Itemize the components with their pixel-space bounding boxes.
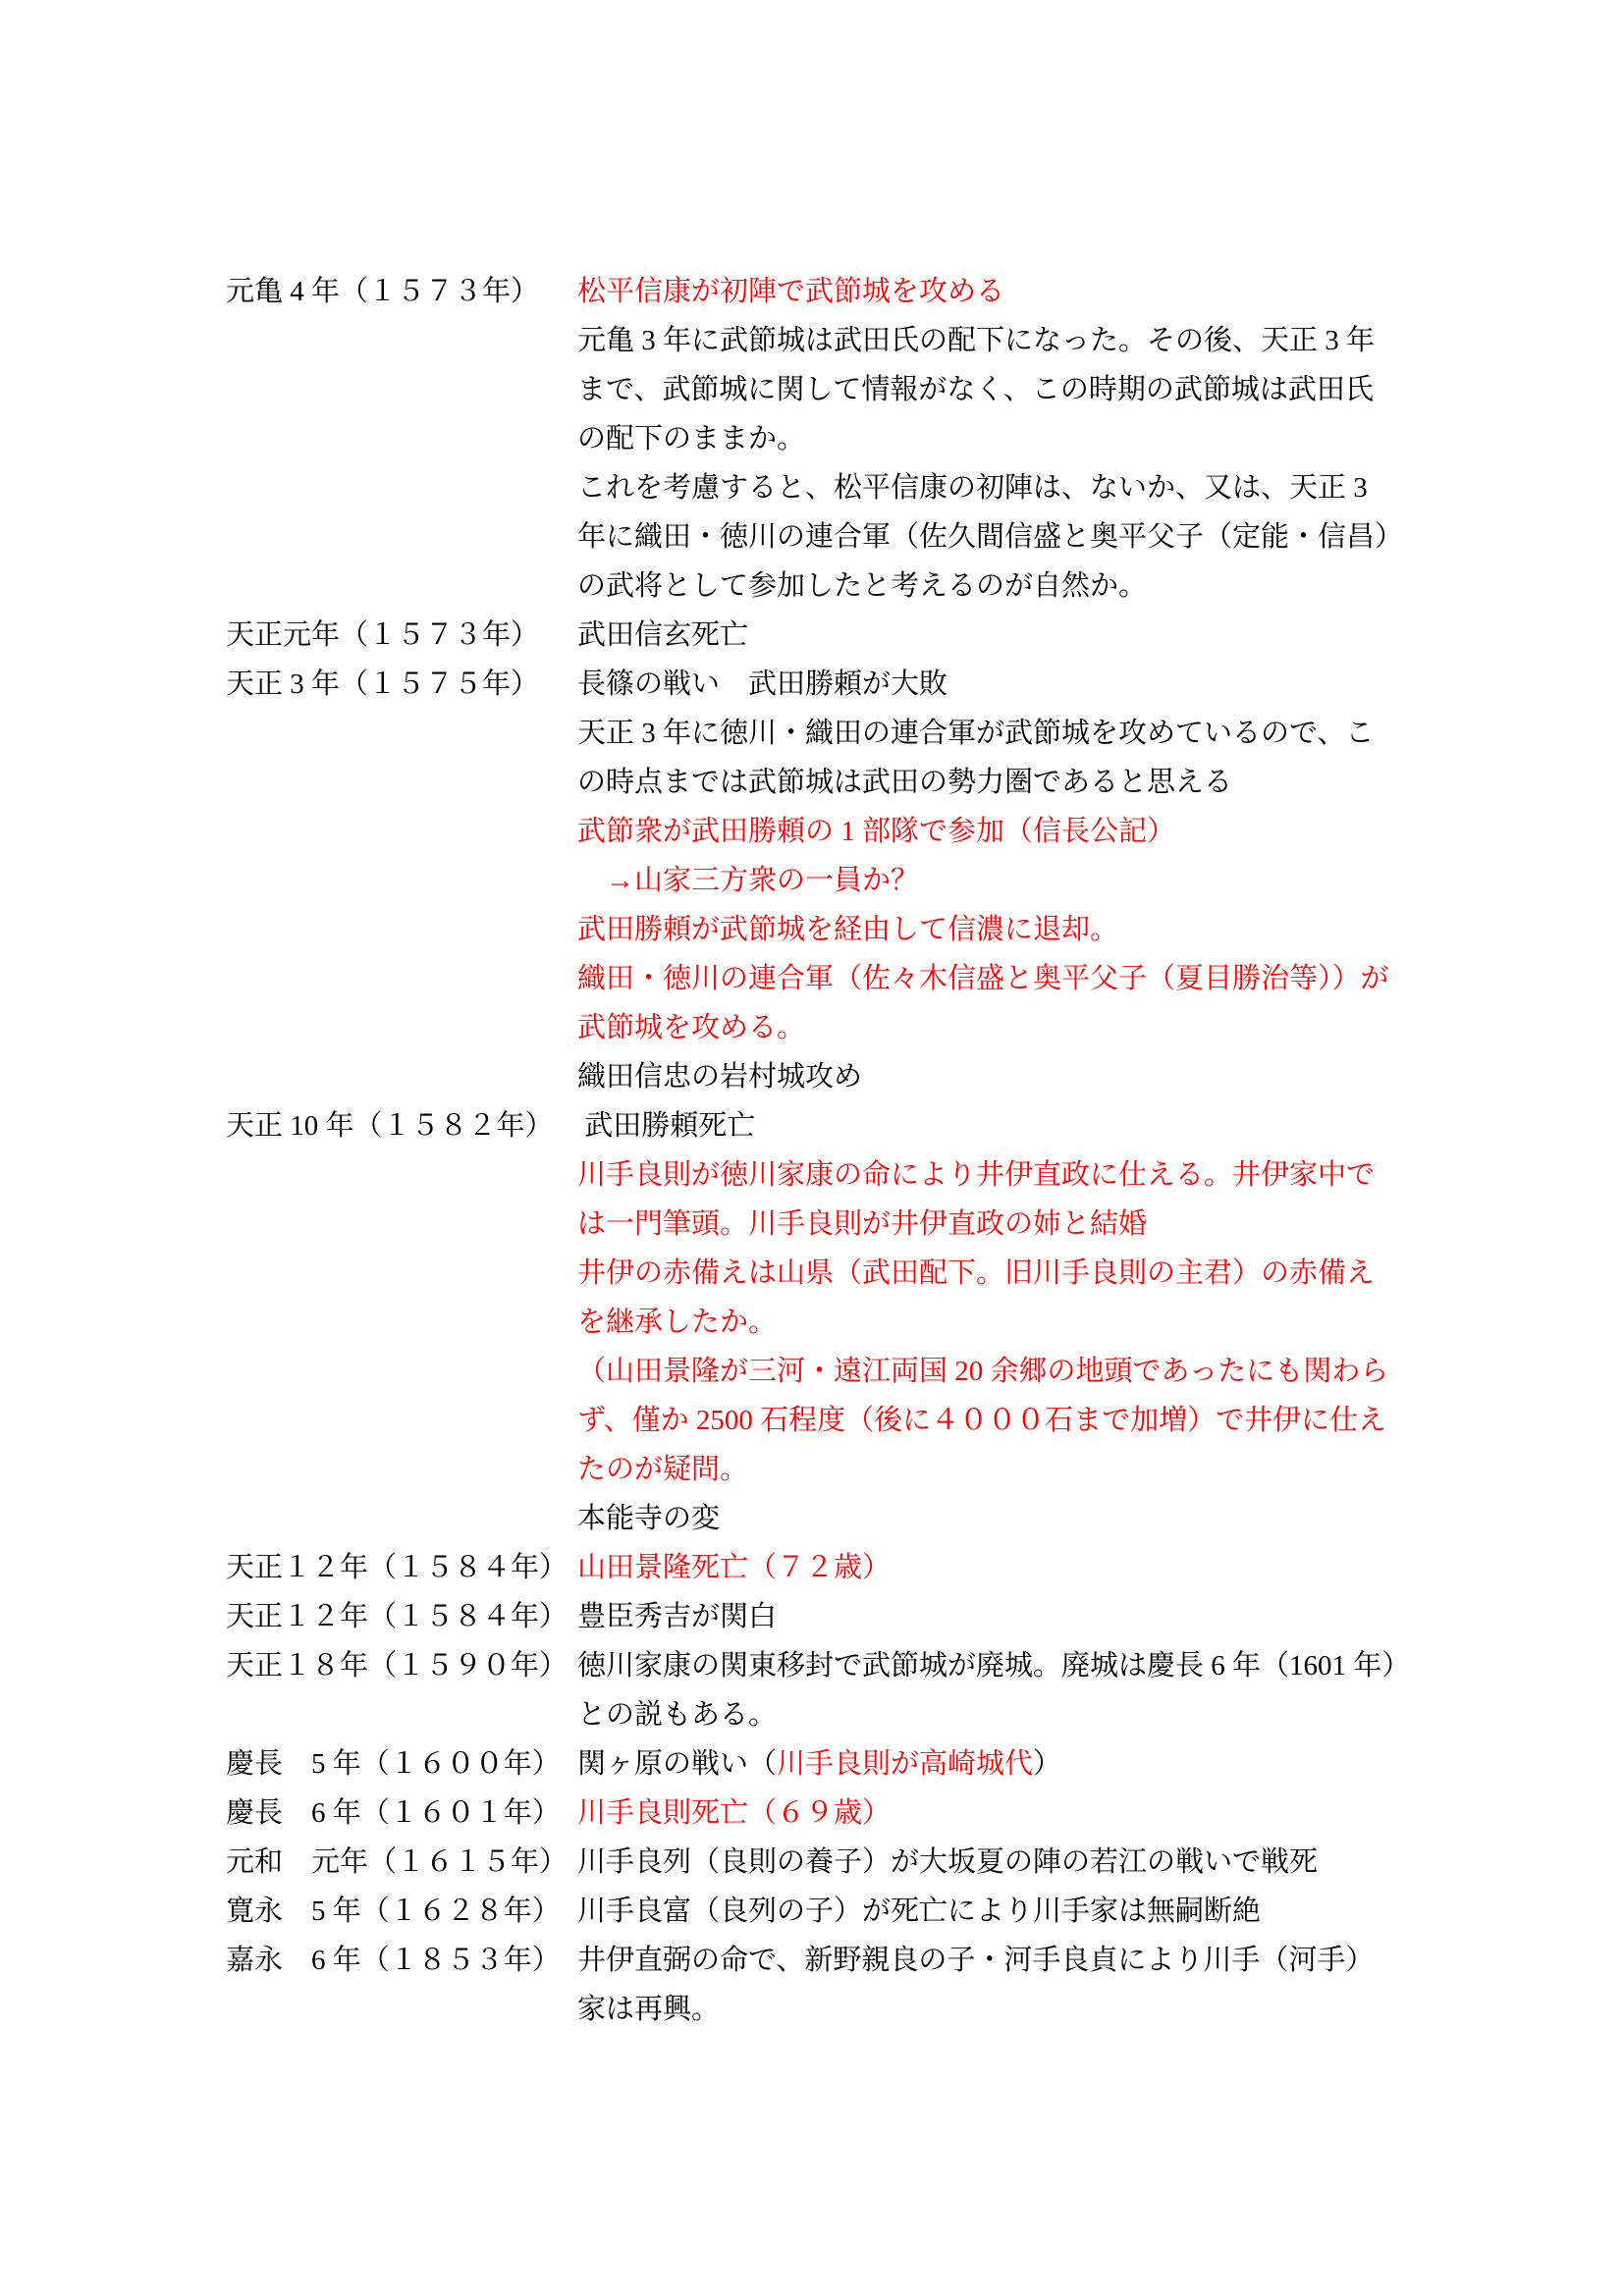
event-segment: ） xyxy=(1033,1748,1061,1780)
event-content: 川手良則死亡（６９歳） xyxy=(577,1789,1492,1838)
event-content: 織田・徳川の連合軍（佐々木信盛と奥平父子（夏目勝治等））が xyxy=(577,954,1492,1003)
event-segment: 本能寺の変 xyxy=(577,1503,720,1534)
event-segment: の配下のままか。 xyxy=(577,423,805,454)
event-segment: 家は再興。 xyxy=(577,1994,720,2025)
timeline-row: これを考慮すると、松平信康の初陣は、ないか、又は、天正 3 xyxy=(226,463,1492,512)
timeline-row: →山家三方衆の一員か？ xyxy=(226,856,1492,905)
event-segment: 武田勝頼死亡 xyxy=(577,1110,755,1142)
event-segment: 川手良則が徳川家康の命により井伊直政に仕える。井伊家中で xyxy=(577,1159,1375,1191)
timeline-row: は一門筆頭。川手良則が井伊直政の姉と結婚 xyxy=(226,1200,1492,1249)
era-label: 天正元年（１５７３年） xyxy=(226,611,577,660)
event-segment: 長篠の戦い 武田勝頼が大敗 xyxy=(577,668,947,700)
event-segment: 豊臣秀吉が関白 xyxy=(577,1601,777,1632)
timeline-row: まで、武節城に関して情報がなく、この時期の武節城は武田氏 xyxy=(226,365,1492,414)
event-segment: 織田信忠の岩村城攻め xyxy=(577,1061,862,1093)
event-content: 武節衆が武田勝頼の 1 部隊で参加（信長公記） xyxy=(577,807,1492,856)
event-content: の時点までは武節城は武田の勢力圏であると思える xyxy=(577,758,1492,807)
document-page: 元亀 4 年（１５７３年）松平信康が初陣で武節城を攻める元亀 3 年に武節城は武… xyxy=(0,0,1624,2296)
event-content: 徳川家康の関東移封で武節城が廃城。廃城は慶長 6 年（1601 年） xyxy=(577,1641,1492,1690)
era-label: 慶長 6 年（１６０１年） xyxy=(226,1789,577,1838)
event-segment: たのが疑問。 xyxy=(577,1454,748,1485)
timeline-row: 元和 元年（１６１５年）川手良列（良則の養子）が大坂夏の陣の若江の戦いで戦死 xyxy=(226,1838,1492,1887)
timeline-row: 年に織田・徳川の連合軍（佐久間信盛と奥平父子（定能・信昌） xyxy=(226,512,1492,561)
event-segment: これを考慮すると、松平信康の初陣は、ないか、又は、天正 3 xyxy=(577,472,1368,504)
timeline-row: 天正１２年（１５８４年）豊臣秀吉が関白 xyxy=(226,1592,1492,1641)
era-label: 天正 3 年（１５７５年） xyxy=(226,660,577,709)
era-label: 嘉永 6 年（１８５３年） xyxy=(226,1936,577,1985)
event-segment: ず、僅か 2500 石程度（後に４０００石まで加増）で井伊に仕え xyxy=(577,1405,1386,1436)
era-label: 天正１２年（１５８４年） xyxy=(226,1543,577,1592)
event-content: 武田勝頼が武節城を経由して信濃に退却。 xyxy=(577,905,1492,954)
era-label: 天正１２年（１５８４年） xyxy=(226,1592,577,1641)
event-content: 山田景隆死亡（７２歳） xyxy=(577,1543,1492,1592)
event-content: は一門筆頭。川手良則が井伊直政の姉と結婚 xyxy=(577,1200,1492,1249)
era-label: 天正１８年（１５９０年） xyxy=(226,1641,577,1690)
event-content: 天正 3 年に徳川・織田の連合軍が武節城を攻めているので、こ xyxy=(577,709,1492,758)
timeline-row: 織田信忠の岩村城攻め xyxy=(226,1052,1492,1101)
event-content: 元亀 3 年に武節城は武田氏の配下になった。その後、天正 3 年 xyxy=(577,316,1492,365)
event-content: 井伊の赤備えは山県（武田配下。旧川手良則の主君）の赤備え xyxy=(577,1249,1492,1298)
era-label: 天正 10 年（１５８２年） xyxy=(226,1101,577,1150)
era-label: 元和 元年（１６１５年） xyxy=(226,1838,577,1887)
timeline-row: 天正 3 年（１５７５年）長篠の戦い 武田勝頼が大敗 xyxy=(226,660,1492,709)
event-content: の配下のままか。 xyxy=(577,414,1492,463)
event-content: 川手良列（良則の養子）が大坂夏の陣の若江の戦いで戦死 xyxy=(577,1838,1492,1887)
event-content: 川手良則が徳川家康の命により井伊直政に仕える。井伊家中で xyxy=(577,1150,1492,1200)
timeline-row: 家は再興。 xyxy=(226,1985,1492,2034)
timeline-row: を継承したか。 xyxy=(226,1298,1492,1347)
event-segment: 川手良富（良列の子）が死亡により川手家は無嗣断絶 xyxy=(577,1896,1261,1927)
timeline-row: 天正元年（１５７３年）武田信玄死亡 xyxy=(226,611,1492,660)
event-content: 武田勝頼死亡 xyxy=(577,1101,1492,1150)
timeline-row: 嘉永 6 年（１８５３年）井伊直弼の命で、新野親良の子・河手良貞により川手（河手… xyxy=(226,1936,1492,1985)
event-segment: 井伊の赤備えは山県（武田配下。旧川手良則の主君）の赤備え xyxy=(577,1257,1375,1289)
event-content: 関ヶ原の戦い（川手良則が高崎城代） xyxy=(577,1739,1492,1789)
event-segment: 元亀 3 年に武節城は武田氏の配下になった。その後、天正 3 年 xyxy=(577,325,1375,356)
timeline-row: の配下のままか。 xyxy=(226,414,1492,463)
event-segment: 武田信玄死亡 xyxy=(577,619,748,651)
event-segment: 武田勝頼が武節城を経由して信濃に退却。 xyxy=(577,914,1118,945)
event-content: 家は再興。 xyxy=(577,1985,1492,2034)
timeline-row: 天正１８年（１５９０年）徳川家康の関東移封で武節城が廃城。廃城は慶長 6 年（1… xyxy=(226,1641,1492,1690)
event-segment: 松平信康が初陣で武節城を攻める xyxy=(577,276,1004,307)
timeline-row: （山田景隆が三河・遠江両国 20 余郷の地頭であったにも関わら xyxy=(226,1347,1492,1396)
event-segment: （山田景隆が三河・遠江両国 20 余郷の地頭であったにも関わら xyxy=(577,1356,1388,1387)
event-segment: 徳川家康の関東移封で武節城が廃城。廃城は慶長 6 年（1601 年） xyxy=(577,1650,1410,1682)
timeline-row: 武節城を攻める。 xyxy=(226,1003,1492,1052)
event-segment: 天正 3 年に徳川・織田の連合軍が武節城を攻めているので、こ xyxy=(577,718,1374,749)
event-segment: →山家三方衆の一員か？ xyxy=(577,865,919,896)
timeline-row: の時点までは武節城は武田の勢力圏であると思える xyxy=(226,758,1492,807)
timeline-row: 慶長 6 年（１６０１年）川手良則死亡（６９歳） xyxy=(226,1789,1492,1838)
era-label: 慶長 5 年（１６００年） xyxy=(226,1739,577,1789)
event-content: 川手良富（良列の子）が死亡により川手家は無嗣断絶 xyxy=(577,1887,1492,1936)
event-content: 武節城を攻める。 xyxy=(577,1003,1492,1052)
event-segment: の時点までは武節城は武田の勢力圏であると思える xyxy=(577,767,1232,798)
event-segment: は一門筆頭。川手良則が井伊直政の姉と結婚 xyxy=(577,1208,1147,1240)
timeline-row: 天正１２年（１５８４年）山田景隆死亡（７２歳） xyxy=(226,1543,1492,1592)
timeline-row: 井伊の赤備えは山県（武田配下。旧川手良則の主君）の赤備え xyxy=(226,1249,1492,1298)
timeline-row: 寛永 5 年（１６２８年）川手良富（良列の子）が死亡により川手家は無嗣断絶 xyxy=(226,1887,1492,1936)
event-content: 本能寺の変 xyxy=(577,1494,1492,1543)
event-content: ず、僅か 2500 石程度（後に４０００石まで加増）で井伊に仕え xyxy=(577,1396,1492,1445)
event-content: （山田景隆が三河・遠江両国 20 余郷の地頭であったにも関わら xyxy=(577,1347,1492,1396)
event-content: 武田信玄死亡 xyxy=(577,611,1492,660)
timeline: 元亀 4 年（１５７３年）松平信康が初陣で武節城を攻める元亀 3 年に武節城は武… xyxy=(226,267,1492,2034)
era-label: 元亀 4 年（１５７３年） xyxy=(226,267,577,316)
event-content: 井伊直弼の命で、新野親良の子・河手良貞により川手（河手） xyxy=(577,1936,1492,1985)
timeline-row: 川手良則が徳川家康の命により井伊直政に仕える。井伊家中で xyxy=(226,1150,1492,1200)
event-content: 松平信康が初陣で武節城を攻める xyxy=(577,267,1492,316)
event-segment: 井伊直弼の命で、新野親良の子・河手良貞により川手（河手） xyxy=(577,1945,1374,1976)
event-segment: 年に織田・徳川の連合軍（佐久間信盛と奥平父子（定能・信昌） xyxy=(577,521,1403,553)
timeline-row: ず、僅か 2500 石程度（後に４０００石まで加増）で井伊に仕え xyxy=(226,1396,1492,1445)
timeline-row: たのが疑問。 xyxy=(226,1445,1492,1494)
event-segment: 武節衆が武田勝頼の 1 部隊で参加（信長公記） xyxy=(577,816,1175,847)
timeline-row: 織田・徳川の連合軍（佐々木信盛と奥平父子（夏目勝治等））が xyxy=(226,954,1492,1003)
event-segment: 武節城を攻める。 xyxy=(577,1012,805,1043)
event-content: たのが疑問。 xyxy=(577,1445,1492,1494)
event-content: 織田信忠の岩村城攻め xyxy=(577,1052,1492,1101)
event-content: の武将として参加したと考えるのが自然か。 xyxy=(577,561,1492,611)
event-content: を継承したか。 xyxy=(577,1298,1492,1347)
event-segment: まで、武節城に関して情報がなく、この時期の武節城は武田氏 xyxy=(577,374,1374,405)
event-segment: との説もある。 xyxy=(577,1699,777,1731)
event-content: との説もある。 xyxy=(577,1690,1492,1739)
timeline-row: の武将として参加したと考えるのが自然か。 xyxy=(226,561,1492,611)
event-segment: 川手良列（良則の養子）が大坂夏の陣の若江の戦いで戦死 xyxy=(577,1846,1318,1878)
event-segment: 織田・徳川の連合軍（佐々木信盛と奥平父子（夏目勝治等））が xyxy=(577,963,1389,994)
event-content: まで、武節城に関して情報がなく、この時期の武節城は武田氏 xyxy=(577,365,1492,414)
timeline-row: 天正 3 年に徳川・織田の連合軍が武節城を攻めているので、こ xyxy=(226,709,1492,758)
event-segment: 川手良則が高崎城代 xyxy=(777,1748,1033,1780)
event-segment: 川手良則死亡（６９歳） xyxy=(577,1797,891,1829)
timeline-row: 元亀 3 年に武節城は武田氏の配下になった。その後、天正 3 年 xyxy=(226,316,1492,365)
era-label: 寛永 5 年（１６２８年） xyxy=(226,1887,577,1936)
event-segment: 関ヶ原の戦い（ xyxy=(577,1748,777,1780)
timeline-row: 武田勝頼が武節城を経由して信濃に退却。 xyxy=(226,905,1492,954)
event-content: これを考慮すると、松平信康の初陣は、ないか、又は、天正 3 xyxy=(577,463,1492,512)
timeline-row: 本能寺の変 xyxy=(226,1494,1492,1543)
timeline-row: 元亀 4 年（１５７３年）松平信康が初陣で武節城を攻める xyxy=(226,267,1492,316)
timeline-row: 天正 10 年（１５８２年） 武田勝頼死亡 xyxy=(226,1101,1492,1150)
event-segment: 山田景隆死亡（７２歳） xyxy=(577,1552,891,1583)
event-content: 年に織田・徳川の連合軍（佐久間信盛と奥平父子（定能・信昌） xyxy=(577,512,1492,561)
event-segment: を継承したか。 xyxy=(577,1307,777,1338)
event-content: →山家三方衆の一員か？ xyxy=(577,856,1492,905)
event-content: 長篠の戦い 武田勝頼が大敗 xyxy=(577,660,1492,709)
event-segment: の武将として参加したと考えるのが自然か。 xyxy=(577,570,1147,602)
timeline-row: との説もある。 xyxy=(226,1690,1492,1739)
timeline-row: 武節衆が武田勝頼の 1 部隊で参加（信長公記） xyxy=(226,807,1492,856)
timeline-row: 慶長 5 年（１６００年）関ヶ原の戦い（川手良則が高崎城代） xyxy=(226,1739,1492,1789)
event-content: 豊臣秀吉が関白 xyxy=(577,1592,1492,1641)
